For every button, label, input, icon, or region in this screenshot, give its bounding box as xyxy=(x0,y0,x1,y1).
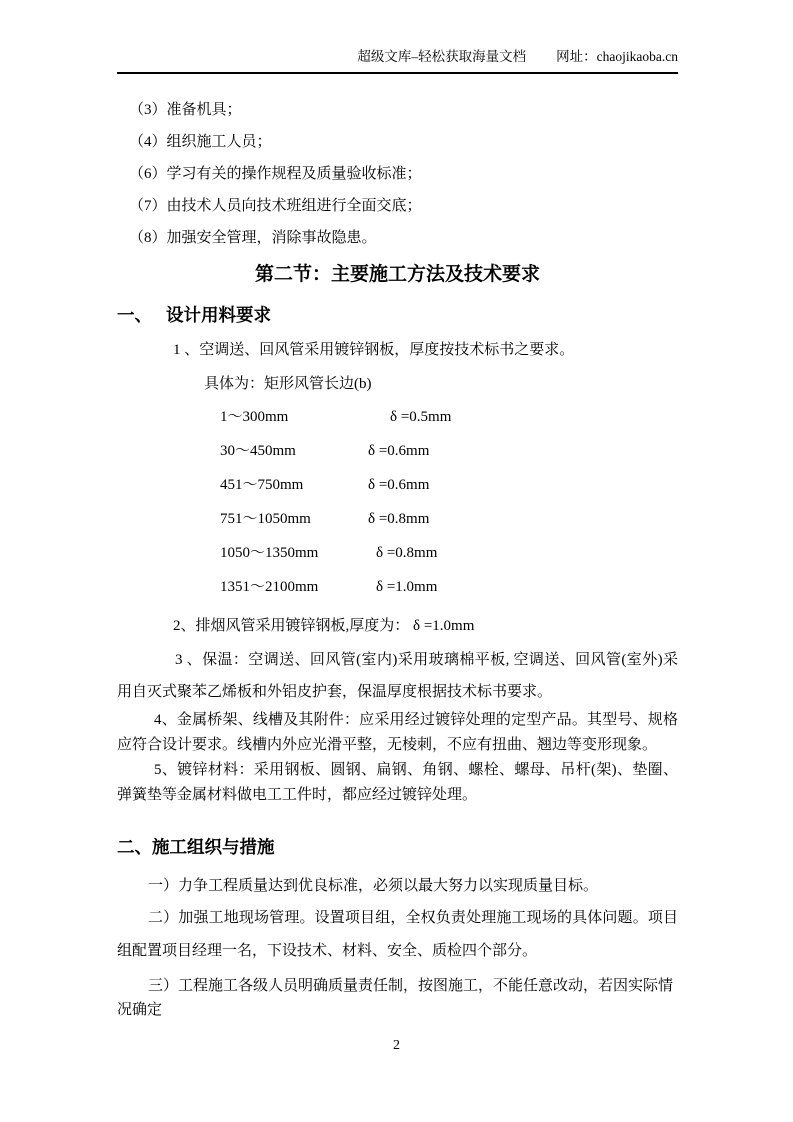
table-row: 1050～1350mm δ =0.8mm xyxy=(117,536,678,570)
table-row: 1351～2100mm δ =1.0mm xyxy=(117,570,678,604)
paragraph-insulation: 3 、保温：空调送、回风管(室内)采用玻璃棉平板, 空调送、回风管(室外)采用自… xyxy=(117,644,678,708)
heading-numeral: 二、 xyxy=(117,837,152,857)
preparation-list: （3）准备机具； （4）组织施工人员； （6）学习有关的操作规程及质量验收标准；… xyxy=(117,94,678,254)
list-item: （7）由技术人员向技术班组进行全面交底； xyxy=(117,190,678,222)
org-measure-item: 三）工程施工各级人员明确质量责任制，按图施工，不能任意改动，若因实际情况确定 xyxy=(117,974,678,1022)
heading-construction-organization: 二、施工组织与措施 xyxy=(117,834,678,860)
duct-size-range: 451～750mm xyxy=(220,468,368,502)
section-title: 第二节：主要施工方法及技术要求 xyxy=(117,262,678,288)
paragraph-galvanized-material: 5、镀锌材料：采用钢板、圆钢、扁钢、角钢、螺栓、螺母、吊杆(架)、垫圈、弹簧垫等… xyxy=(117,758,678,808)
duct-thickness-value: δ =1.0mm xyxy=(376,570,437,604)
page-number: 2 xyxy=(0,1038,793,1054)
heading-text: 设计用料要求 xyxy=(166,305,271,325)
duct-thickness-value: δ =0.6mm xyxy=(368,468,429,502)
list-item: （4）组织施工人员； xyxy=(117,126,678,158)
table-row: 30～450mm δ =0.6mm xyxy=(117,434,678,468)
duct-size-range: 30～450mm xyxy=(220,434,368,468)
table-row: 1～300mm δ =0.5mm xyxy=(117,400,678,434)
paragraph-duct-detail: 具体为：矩形风管长边(b) xyxy=(117,374,678,394)
page-header: 超级文库–轻松获取海量文档 网址：chaojikaoba.cn xyxy=(117,48,678,74)
org-measure-item: 一）力争工程质量达到优良标准，必须以最大努力以实现质量目标。 xyxy=(117,874,678,898)
paragraph-duct-material: 1 、空调送、回风管采用镀锌钢板，厚度按技术标书之要求。 xyxy=(117,340,678,360)
heading-numeral: 一、 xyxy=(117,305,152,325)
duct-size-range: 1351～2100mm xyxy=(220,570,368,604)
document-page: 超级文库–轻松获取海量文档 网址：chaojikaoba.cn （3）准备机具；… xyxy=(0,0,793,1122)
duct-thickness-value: δ =0.8mm xyxy=(368,502,429,536)
duct-thickness-value: δ =0.6mm xyxy=(368,434,429,468)
heading-text: 施工组织与措施 xyxy=(152,837,275,857)
paragraph-smoke-duct: 2、排烟风管采用镀锌钢板,厚度为： δ =1.0mm xyxy=(117,616,678,636)
paragraph-cable-tray: 4、金属桥架、线槽及其附件：应采用经过镀锌处理的定型产品。其型号、规格应符合设计… xyxy=(117,708,678,758)
duct-thickness-value: δ =0.8mm xyxy=(376,536,437,570)
org-measure-item: 二）加强工地现场管理。设置项目组，全权负责处理施工现场的具体问题。项目组配置项目… xyxy=(117,902,678,968)
duct-size-range: 751～1050mm xyxy=(220,502,368,536)
heading-design-material-requirements: 一、设计用料要求 xyxy=(117,302,678,328)
list-item: （3）准备机具； xyxy=(117,94,678,126)
header-site-name: 超级文库–轻松获取海量文档 xyxy=(357,48,526,66)
duct-thickness-value: δ =0.5mm xyxy=(390,400,451,434)
header-url: 网址：chaojikaoba.cn xyxy=(556,48,678,66)
list-item: （6）学习有关的操作规程及质量验收标准； xyxy=(117,158,678,190)
list-item: （8）加强安全管理，消除事故隐患。 xyxy=(117,222,678,254)
table-row: 451～750mm δ =0.6mm xyxy=(117,468,678,502)
duct-size-range: 1050～1350mm xyxy=(220,536,368,570)
duct-size-range: 1～300mm xyxy=(220,400,368,434)
duct-thickness-table: 1～300mm δ =0.5mm 30～450mm δ =0.6mm 451～7… xyxy=(117,400,678,604)
table-row: 751～1050mm δ =0.8mm xyxy=(117,502,678,536)
